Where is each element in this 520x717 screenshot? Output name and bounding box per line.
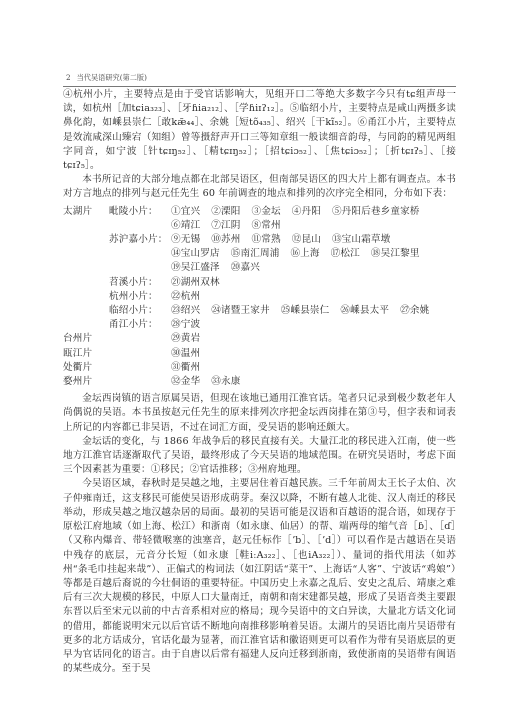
survey-site: ㉑湖州双林 (171, 276, 220, 290)
paragraph-jintan: 金坛西岗镇的语言原属吴语，但现在该地已通用江淮官话。笔者只记录到极少数老年人尚偶… (63, 392, 456, 435)
dialect-area: 瓯江片 (63, 347, 109, 361)
survey-sites: ①宜兴②溧阳③金坛④丹阳⑤丹阳后巷乡童家桥⑥靖江⑦江阴⑧常州 (171, 205, 456, 233)
table-row: 太湖片毗陵小片：①宜兴②溧阳③金坛④丹阳⑤丹阳后巷乡童家桥⑥靖江⑦江阴⑧常州 (63, 205, 456, 233)
survey-site: ⑨无锡 (171, 233, 200, 247)
survey-sites: ㉙黄岩 (171, 332, 456, 346)
survey-site: ㉒杭州 (171, 290, 200, 304)
survey-sites: ㉜金华㉝永康 (171, 375, 456, 389)
survey-site: ㉖嵊县太平 (340, 304, 389, 318)
table-row: 甬江小片：㉘宁波 (63, 318, 456, 332)
dialect-area: 婺州片 (63, 375, 109, 389)
paragraph-survey-intro: 本书所记音的大部分地点都在北部吴语区，但南部吴语区的四大片上都有调查点。本书对方… (63, 173, 456, 201)
survey-site: ㉔诸暨王家井 (211, 304, 269, 318)
table-row: 婺州片㉜金华㉝永康 (63, 375, 456, 389)
survey-sites: ㉒杭州 (171, 290, 456, 304)
dialect-area (63, 276, 109, 290)
survey-site: ⑦江阴 (211, 219, 240, 233)
dialect-subarea: 毗陵小片： (109, 205, 171, 233)
survey-site: ⑱吴江黎里 (371, 247, 420, 261)
page-number: 2 (66, 73, 71, 82)
table-row: 杭州小片：㉒杭州 (63, 290, 456, 304)
paragraph-subarea-features: ④杭州小片，主要特点是由于受官话影响大，见组开口二等绝大多数字今只有tɕ组声母一… (63, 88, 456, 173)
survey-site: ②溧阳 (211, 205, 240, 219)
survey-site: ㉜金华 (171, 375, 200, 389)
dialect-subarea (109, 375, 171, 389)
survey-site: ㉚温州 (171, 347, 200, 361)
table-row: 临绍小片：㉓绍兴㉔诸暨王家井㉕嵊县崇仁㉖嵊县太平㉗余姚 (63, 304, 456, 318)
dialect-subarea (109, 347, 171, 361)
book-title: 当代吴语研究(第二版) (77, 73, 147, 82)
table-row: 瓯江片㉚温州 (63, 347, 456, 361)
survey-site: ⑪常熟 (251, 233, 280, 247)
survey-site: ⑭宝山罗店 (171, 247, 220, 261)
dialect-area (63, 233, 109, 276)
table-row: 苏沪嘉小片：⑨无锡⑩苏州⑪常熟⑫昆山⑬宝山霜草墩⑭宝山罗店⑮南汇周浦⑯上海⑰松江… (63, 233, 456, 276)
survey-site: ⑳嘉兴 (231, 261, 260, 275)
dialect-subarea: 杭州小片： (109, 290, 171, 304)
paragraph-jintan-change: 金坛话的变化，与 1866 年战争后的移民直接有关。大量江北的移民进入江南，使一… (63, 435, 456, 478)
table-row: 台州片㉙黄岩 (63, 332, 456, 346)
survey-sites: ⑨无锡⑩苏州⑪常熟⑫昆山⑬宝山霜草墩⑭宝山罗店⑮南汇周浦⑯上海⑰松江⑱吴江黎里⑲… (171, 233, 456, 276)
dialect-area: 太湖片 (63, 205, 109, 233)
survey-site: ⑯上海 (290, 247, 319, 261)
survey-site: ⑬宝山霜草墩 (332, 233, 390, 247)
survey-site: ㉙黄岩 (171, 332, 200, 346)
survey-site: ⑤丹阳后巷乡童家桥 (332, 205, 420, 219)
table-row: 处衢片㉛衢州 (63, 361, 456, 375)
survey-sites: ㉘宁波 (171, 318, 456, 332)
dialect-subarea (109, 332, 171, 346)
table-row: 苕溪小片：㉑湖州双林 (63, 276, 456, 290)
survey-site: ⑮南汇周浦 (231, 247, 280, 261)
dialect-area (63, 290, 109, 304)
survey-site: ①宜兴 (171, 205, 200, 219)
dialect-subarea: 甬江小片： (109, 318, 171, 332)
dialect-area: 处衢片 (63, 361, 109, 375)
survey-site: ③金坛 (251, 205, 280, 219)
survey-site: ⑧常州 (251, 219, 280, 233)
dialect-subarea (109, 361, 171, 375)
survey-sites: ㉚温州 (171, 347, 456, 361)
survey-site: ㉕嵊县崇仁 (281, 304, 330, 318)
dialect-subarea: 苏沪嘉小片： (109, 233, 171, 276)
dialect-subarea: 临绍小片： (109, 304, 171, 318)
dialect-area (63, 318, 109, 332)
survey-site: ④丹阳 (292, 205, 321, 219)
page-body: ④杭州小片，主要特点是由于受官话影响大，见组开口二等绝大多数字今只有tɕ组声母一… (63, 88, 456, 676)
running-header: 2当代吴语研究(第二版) (63, 73, 456, 87)
survey-sites: ㉑湖州双林 (171, 276, 456, 290)
distribution-table: 太湖片毗陵小片：①宜兴②溧阳③金坛④丹阳⑤丹阳后巷乡童家桥⑥靖江⑦江阴⑧常州苏沪… (63, 205, 456, 390)
survey-site: ⑫昆山 (292, 233, 321, 247)
dialect-area (63, 304, 109, 318)
survey-site: ⑰松江 (331, 247, 360, 261)
survey-site: ⑲吴江盛泽 (171, 261, 220, 275)
survey-site: ⑥靖江 (171, 219, 200, 233)
survey-site: ㉓绍兴 (171, 304, 200, 318)
dialect-area: 台州片 (63, 332, 109, 346)
dialect-subarea: 苕溪小片： (109, 276, 171, 290)
survey-site: ⑩苏州 (211, 233, 240, 247)
survey-sites: ㉓绍兴㉔诸暨王家井㉕嵊县崇仁㉖嵊县太平㉗余姚 (171, 304, 456, 318)
survey-site: ㉗余姚 (400, 304, 429, 318)
survey-site: ㉝永康 (211, 375, 240, 389)
paragraph-wu-history: 今吴语区域，春秋时是吴越之地，主要居住着百越民族。三千年前周太王长子太伯、次子仲… (63, 477, 456, 676)
survey-site: ㉛衢州 (171, 361, 200, 375)
survey-site: ㉘宁波 (171, 318, 200, 332)
survey-sites: ㉛衢州 (171, 361, 456, 375)
